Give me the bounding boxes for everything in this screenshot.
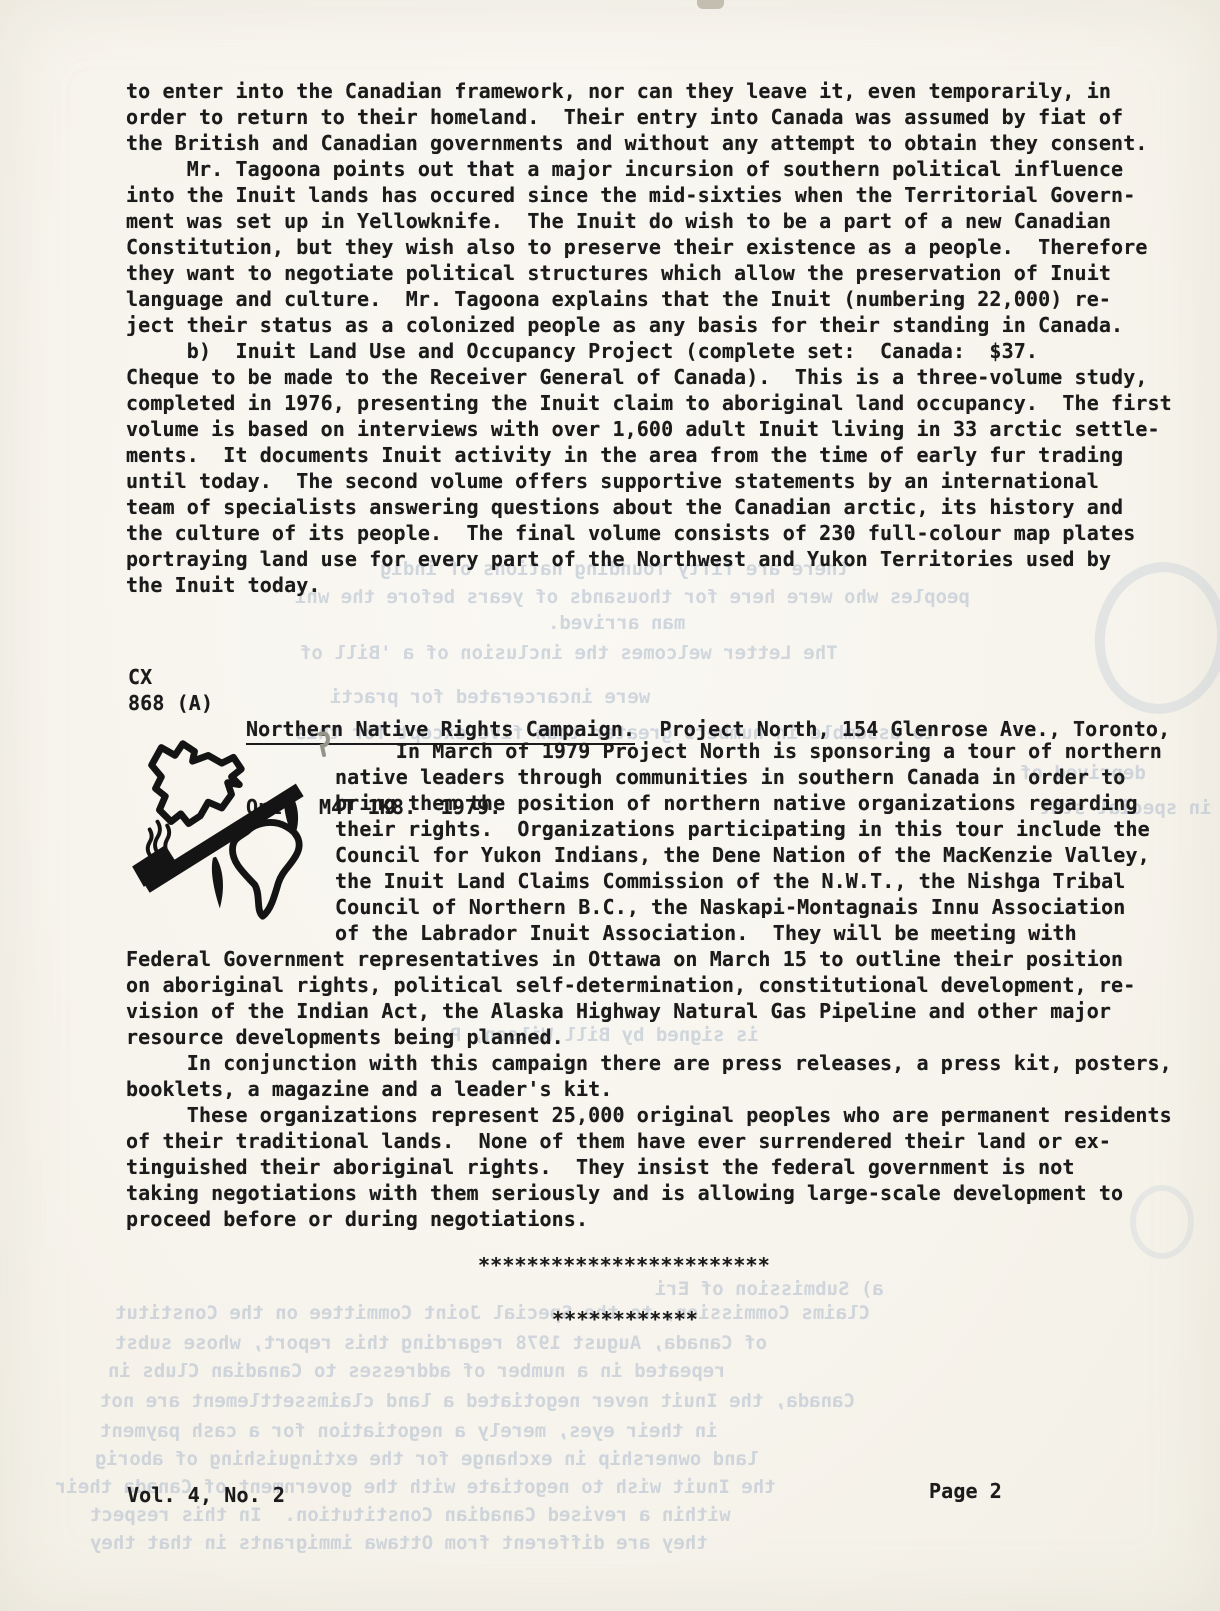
- bleed-through-text: in their eyes, merely a negotiation for …: [100, 1418, 718, 1444]
- north-america-outline: [152, 744, 242, 824]
- bleed-through-text: Claims Commission, to the Special Joint …: [115, 1300, 870, 1326]
- footer-volume-label: Vol. 4, No. 2: [127, 1482, 285, 1508]
- bleed-through-text: man arrived.: [548, 610, 685, 636]
- footer-page-number: Page 2: [929, 1478, 1002, 1504]
- scanned-page: there are fifty founding nations of indi…: [0, 0, 1220, 1611]
- smoke-line-2: [165, 826, 169, 853]
- asterisk-separator-short: ************: [552, 1306, 698, 1332]
- smoke-line-1: [155, 822, 160, 853]
- ink-smudge: [315, 731, 333, 759]
- asterisk-separator-long: ************************: [478, 1252, 770, 1278]
- bleed-through-text: they are different from Ottawa immigrant…: [90, 1530, 708, 1556]
- bleed-through-text: Canada, the Inuit never negotiated a lan…: [100, 1388, 855, 1414]
- lower-text-block: Federal Government representatives in Ot…: [126, 946, 1172, 1232]
- bleed-through-text: of Canada, August 1978 regarding this re…: [115, 1330, 767, 1356]
- body-text-block: to enter into the Canadian framework, no…: [126, 78, 1172, 598]
- bleed-through-text: The Letter welcomes the inclusion of a '…: [300, 640, 838, 666]
- wrapped-text-block: In March of 1979 Project North is sponso…: [335, 738, 1162, 946]
- smoke-line-3: [148, 829, 152, 854]
- pipe-feather-left: [212, 857, 223, 909]
- bleed-through-text: a) Submission of Eri: [655, 1276, 884, 1302]
- bleed-through-text: repeated in a number of addresses to Can…: [108, 1358, 726, 1384]
- entry-code: CX 868 (A): [128, 664, 213, 716]
- bleed-through-text: land ownership in exchange for the extin…: [95, 1446, 758, 1472]
- peace-pipe-americas-illustration: [130, 732, 335, 922]
- south-america-outline: [233, 822, 300, 916]
- scan-artifact: [697, 0, 724, 9]
